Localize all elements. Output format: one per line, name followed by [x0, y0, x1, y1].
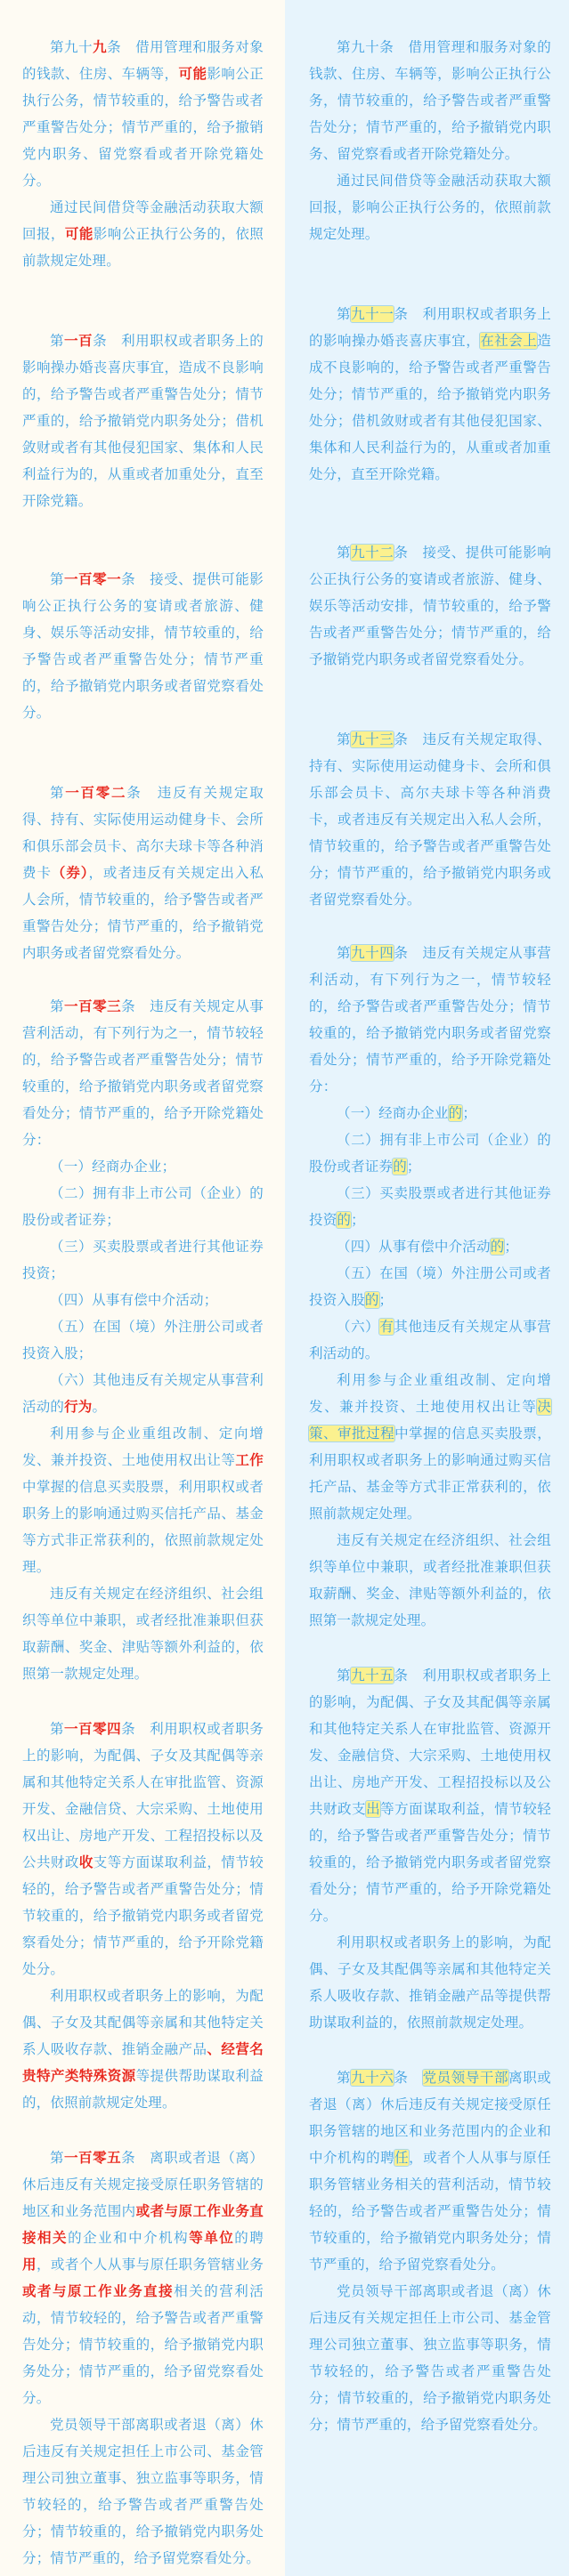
- article-91: 第九十一条 利用职权或者职务上的影响操办婚丧喜庆事宜，在社会上造成不良影响的，给…: [309, 301, 551, 488]
- changed-text-highlight: 的: [491, 1239, 505, 1255]
- body-text: 第: [337, 1668, 351, 1684]
- article-paragraph: 违反有关规定在经济组织、社会组织等单位中兼职，或者经批准兼职但获取薪酬、奖金、津…: [309, 1527, 551, 1634]
- article-paragraph: （五）在国（境）外注册公司或者投资入股；: [22, 1313, 264, 1367]
- added-text-emphasis: 一百零一: [64, 571, 121, 587]
- body-text: （四）从事有偿中介活动；: [50, 1292, 217, 1308]
- body-text: （一）经商办企业；: [50, 1159, 175, 1175]
- added-text-emphasis: 一百零四: [64, 1721, 121, 1737]
- changed-text-highlight: 的: [393, 1159, 407, 1175]
- body-text: 条 违反有关规定从事营利活动，有下列行为之一，情节较轻的，给予警告或者严重警告处…: [22, 998, 264, 1148]
- added-text-emphasis: 一百零二: [65, 785, 126, 801]
- article-paragraph: 利用职权或者职务上的影响，为配偶、子女及其配偶等亲属和其他特定关系人吸收存款、推…: [309, 1929, 551, 2036]
- body-text: 通过民间借贷等金融活动获取大额回报，影响公正执行公务的，依照前款规定处理。: [309, 173, 551, 242]
- changed-text-highlight: 的: [449, 1105, 463, 1121]
- body-text: ；: [351, 1212, 365, 1228]
- article-paragraph: 通过民间借贷等金融活动获取大额回报，可能影响公正执行公务的，依照前款规定处理。: [22, 194, 264, 274]
- changed-text-highlight: 九十二: [351, 545, 394, 561]
- body-text: 第: [337, 945, 351, 961]
- added-text-emphasis: 九: [93, 39, 107, 55]
- added-text-emphasis: 或者与原工作业务直接: [22, 2283, 174, 2299]
- changed-text-highlight: 九十一: [351, 306, 394, 322]
- article-heading-paragraph: 第一百零五条 离职或者退（离）休后违反有关规定接受原任职务管辖的地区和业务范围内…: [22, 2144, 264, 2411]
- article-heading-paragraph: 第九十四条 违反有关规定从事营利活动，有下列行为之一，情节较轻的，给予警告或者严…: [309, 940, 551, 1100]
- article-102: 第一百零二条 违反有关规定取得、持有、实际使用运动健身卡、会所和俱乐部会员卡、高…: [22, 779, 264, 966]
- body-text: 第九十: [50, 39, 93, 55]
- body-text: 党员领导干部离职或者退（离）休后违反有关规定担任上市公司、基金管理公司独立董事、…: [309, 2283, 551, 2433]
- article-93: 第九十三条 违反有关规定取得、持有、实际使用运动健身卡、会所和俱乐部会员卡、高尔…: [309, 726, 551, 913]
- body-text: 。: [93, 1399, 107, 1415]
- added-text-emphasis: 工作: [235, 1452, 264, 1468]
- article-95: 第九十五条 利用职权或者职务上的影响，为配偶、子女及其配偶等亲属和其他特定关系人…: [309, 1662, 551, 2036]
- article-92: 第九十二条 接受、提供可能影响公正执行公务的宴请或者旅游、健身、娱乐等活动安排，…: [309, 539, 551, 673]
- body-text: 第: [50, 333, 64, 349]
- body-text: ；: [504, 1239, 518, 1255]
- article-105: 第一百零五条 离职或者退（离）休后违反有关规定接受原任职务管辖的地区和业务范围内…: [22, 2144, 264, 2572]
- body-text: 违反有关规定在经济组织、社会组织等单位中兼职，或者经批准兼职但获取薪酬、奖金、津…: [309, 1532, 551, 1628]
- article-paragraph: 通过民间借贷等金融活动获取大额回报，影响公正执行公务的，依照前款规定处理。: [309, 167, 551, 247]
- body-text: 利用职权或者职务上的影响，为配偶、子女及其配偶等亲属和其他特定关系人吸收存款、推…: [309, 1934, 551, 2031]
- body-text: 影响公正执行公务，情节较重的，给予警告或者严重警告处分；情节严重的，给予撤销党内…: [22, 66, 264, 189]
- body-text: 条 接受、提供可能影响公正执行公务的宴请或者旅游、健身、娱乐等活动安排，情节较重…: [22, 571, 264, 721]
- body-text: （二）拥有非上市公司（企业）的股份或者证券: [309, 1132, 551, 1175]
- changed-text-highlight: 的: [365, 1292, 379, 1308]
- body-text: 的聘: [234, 2230, 264, 2246]
- article-paragraph: （一）经商办企业的；: [309, 1100, 551, 1126]
- article-100: 第一百条 利用职权或者职务上的影响操办婚丧喜庆事宜，造成不良影响的，给予警告或者…: [22, 327, 264, 514]
- body-text: ，或者个人从事与原任职务管辖业务相关的营利活动，情节较轻的，给予警告或者严重警告…: [309, 2150, 551, 2273]
- body-text: 条 利用职权或者职务上的影响，为配偶、子女及其配偶等亲属和其他特定关系人在审批监…: [22, 1721, 264, 1870]
- article-paragraph: （三）买卖股票或者进行其他证券投资；: [22, 1233, 264, 1287]
- body-text: 第: [337, 2070, 351, 2086]
- article-paragraph: 党员领导干部离职或者退（离）休后违反有关规定担任上市公司、基金管理公司独立董事、…: [309, 2278, 551, 2438]
- article-heading-paragraph: 第九十五条 利用职权或者职务上的影响，为配偶、子女及其配偶等亲属和其他特定关系人…: [309, 1662, 551, 1929]
- body-text: （二）拥有非上市公司（企业）的股份或者证券；: [22, 1185, 264, 1228]
- body-text: 第: [50, 571, 64, 587]
- body-text: （四）从事有偿中介活动: [337, 1239, 491, 1255]
- body-text: 条: [394, 2070, 422, 2086]
- body-text: 利用参与企业重组改制、定向增发、兼并投资、土地使用权出让等: [22, 1425, 264, 1468]
- body-text: 第: [50, 1721, 64, 1737]
- changed-text-highlight: 党员领导干部: [423, 2070, 509, 2086]
- article-heading-paragraph: 第九十二条 接受、提供可能影响公正执行公务的宴请或者旅游、健身、娱乐等活动安排，…: [309, 539, 551, 673]
- changed-text-highlight: 在社会上: [480, 333, 537, 349]
- article-heading-paragraph: 第一百条 利用职权或者职务上的影响操办婚丧喜庆事宜，造成不良影响的，给予警告或者…: [22, 327, 264, 514]
- article-paragraph: （一）经商办企业；: [22, 1153, 264, 1180]
- body-text: 造成不良影响的，给予警告或者严重警告处分；情节严重的，给予撤销党内职务处分；借机…: [309, 333, 551, 482]
- body-text: 第: [337, 731, 351, 747]
- body-text: 第: [337, 545, 351, 561]
- body-text: ；: [407, 1159, 421, 1175]
- article-paragraph: 利用参与企业重组改制、定向增发、兼并投资、土地使用权出让等工作中掌握的信息买卖股…: [22, 1420, 264, 1580]
- body-text: 第九十条 借用管理和服务对象的钱款、住房、车辆等，影响公正执行公务，情节较重的，…: [309, 39, 551, 162]
- changed-text-highlight: 九十三: [351, 731, 394, 747]
- body-text: 第: [50, 785, 65, 801]
- changed-text-highlight: 九十四: [351, 945, 394, 961]
- article-103: 第一百零三条 违反有关规定从事营利活动，有下列行为之一，情节较轻的，给予警告或者…: [22, 993, 264, 1687]
- old-version-column: 第九十条 借用管理和服务对象的钱款、住房、车辆等，影响公正执行公务，情节较重的，…: [285, 0, 569, 2576]
- added-text-emphasis: 行为: [64, 1399, 92, 1415]
- added-text-emphasis: 等单位: [189, 2230, 234, 2246]
- body-text: ，或者个人从事与原任职务管辖业务: [37, 2257, 264, 2273]
- article-paragraph: （四）从事有偿中介活动的；: [309, 1233, 551, 1260]
- added-text-emphasis: 一百零五: [64, 2150, 121, 2166]
- body-text: （五）在国（境）外注册公司或者投资入股: [309, 1265, 551, 1308]
- changed-text-highlight: 出: [366, 1801, 380, 1817]
- article-90: 第九十条 借用管理和服务对象的钱款、住房、车辆等，影响公正执行公务，情节较重的，…: [309, 34, 551, 247]
- body-text: 条 利用职权或者职务上的影响操办婚丧喜庆事宜，造成不良影响的，给予警告或者严重警…: [22, 333, 264, 509]
- article-paragraph: 违反有关规定在经济组织、社会组织等单位中兼职，或者经批准兼职但获取薪酬、奖金、津…: [22, 1580, 264, 1687]
- body-text: 等方面谋取利益，情节较轻的，给予警告或者严重警告处分；情节较重的，给予撤销党内职…: [309, 1801, 551, 1924]
- body-text: 第: [50, 2150, 64, 2166]
- article-heading-paragraph: 第一百零四条 利用职权或者职务上的影响，为配偶、子女及其配偶等亲属和其他特定关系…: [22, 1716, 264, 1982]
- body-text: 条 违反有关规定从事营利活动，有下列行为之一，情节较轻的，给予警告或者严重警告处…: [309, 945, 551, 1094]
- new-version-column: 第九十九条 借用管理和服务对象的钱款、住房、车辆等，可能影响公正执行公务，情节较…: [0, 0, 285, 2576]
- article-paragraph: （二）拥有非上市公司（企业）的股份或者证券；: [22, 1180, 264, 1233]
- body-text: 第: [337, 306, 351, 322]
- article-paragraph: 利用职权或者职务上的影响，为配偶、子女及其配偶等亲属和其他特定关系人吸收存款、推…: [22, 1982, 264, 2116]
- article-99: 第九十九条 借用管理和服务对象的钱款、住房、车辆等，可能影响公正执行公务，情节较…: [22, 34, 264, 274]
- article-paragraph: （五）在国（境）外注册公司或者投资入股的；: [309, 1260, 551, 1313]
- body-text: 党员领导干部离职或者退（离）休后违反有关规定担任上市公司、基金管理公司独立董事、…: [22, 2417, 264, 2566]
- body-text: 利用参与企业重组改制、定向增发、兼并投资、土地使用权出让等: [309, 1372, 551, 1415]
- article-paragraph: （四）从事有偿中介活动；: [22, 1287, 264, 1313]
- body-text: 违反有关规定在经济组织、社会组织等单位中兼职，或者经批准兼职但获取薪酬、奖金、津…: [22, 1586, 264, 1682]
- article-paragraph: 利用参与企业重组改制、定向增发、兼并投资、土地使用权出让等决策、审批过程中掌握的…: [309, 1367, 551, 1527]
- added-text-emphasis: （券）: [52, 865, 89, 881]
- article-paragraph: （三）买卖股票或者进行其他证券投资的；: [309, 1180, 551, 1233]
- changed-text-highlight: 有: [379, 1319, 394, 1335]
- body-text: 条 利用职权或者职务上的影响，为配偶、子女及其配偶等亲属和其他特定关系人在审批监…: [309, 1668, 551, 1817]
- body-text: ；: [462, 1105, 476, 1121]
- article-heading-paragraph: 第九十三条 违反有关规定取得、持有、实际使用运动健身卡、会所和俱乐部会员卡、高尔…: [309, 726, 551, 913]
- body-text: 相关的营利活动，情节较轻的，给予警告或者严重警告处分；情节较重的，给予撤销党内职…: [22, 2283, 264, 2406]
- added-text-emphasis: 一百零三: [64, 998, 121, 1014]
- article-94: 第九十四条 违反有关规定从事营利活动，有下列行为之一，情节较轻的，给予警告或者严…: [309, 940, 551, 1634]
- added-text-emphasis: 收: [79, 1854, 93, 1870]
- body-text: 第: [50, 998, 64, 1014]
- added-text-emphasis: 一百: [64, 333, 93, 349]
- added-text-emphasis: 可能: [65, 226, 93, 242]
- comparison-page: 第九十九条 借用管理和服务对象的钱款、住房、车辆等，可能影响公正执行公务，情节较…: [0, 0, 569, 2576]
- article-paragraph: 党员领导干部离职或者退（离）休后违反有关规定担任上市公司、基金管理公司独立董事、…: [22, 2411, 264, 2572]
- changed-text-highlight: 九十六: [351, 2070, 394, 2086]
- body-text: ；: [379, 1292, 394, 1308]
- body-text: （三）买卖股票或者进行其他证券投资；: [22, 1239, 264, 1281]
- article-paragraph: （六）其他违反有关规定从事营利活动的行为。: [22, 1367, 264, 1420]
- body-text: （六）其他违反有关规定从事营利活动的: [22, 1372, 264, 1415]
- article-104: 第一百零四条 利用职权或者职务上的影响，为配偶、子女及其配偶等亲属和其他特定关系…: [22, 1716, 264, 2116]
- article-heading-paragraph: 第九十条 借用管理和服务对象的钱款、住房、车辆等，影响公正执行公务，情节较重的，…: [309, 34, 551, 167]
- body-text: 中掌握的信息买卖股票，利用职权或者职务上的影响通过购买信托产品、基金等方式非正常…: [22, 1479, 264, 1575]
- article-heading-paragraph: 第一百零二条 违反有关规定取得、持有、实际使用运动健身卡、会所和俱乐部会员卡、高…: [22, 779, 264, 966]
- changed-text-highlight: 九十五: [351, 1668, 394, 1684]
- body-text: （一）经商办企业: [337, 1105, 449, 1121]
- added-text-emphasis: 可能: [179, 66, 207, 82]
- body-text: 的企业和中介机构: [68, 2230, 189, 2246]
- article-paragraph: （六）有其他违反有关规定从事营利活动的。: [309, 1313, 551, 1367]
- article-heading-paragraph: 第九十一条 利用职权或者职务上的影响操办婚丧喜庆事宜，在社会上造成不良影响的，给…: [309, 301, 551, 488]
- article-heading-paragraph: 第一百零三条 违反有关规定从事营利活动，有下列行为之一，情节较轻的，给予警告或者…: [22, 993, 264, 1153]
- body-text: （五）在国（境）外注册公司或者投资入股；: [22, 1319, 264, 1361]
- changed-text-highlight: 任: [394, 2150, 409, 2166]
- changed-text-highlight: 的: [337, 1212, 351, 1228]
- article-96: 第九十六条 党员领导干部离职或者退（离）休后违反有关规定接受原任职务管辖的地区和…: [309, 2064, 551, 2438]
- body-text: 支等方面谋取利益，情节较轻的，给予警告或者严重警告处分；情节较重的，给予撤销党内…: [22, 1854, 264, 1977]
- article-heading-paragraph: 第九十九条 借用管理和服务对象的钱款、住房、车辆等，可能影响公正执行公务，情节较…: [22, 34, 264, 194]
- article-heading-paragraph: 第一百零一条 接受、提供可能影响公正执行公务的宴请或者旅游、健身、娱乐等活动安排…: [22, 566, 264, 726]
- article-paragraph: （二）拥有非上市公司（企业）的股份或者证券的；: [309, 1126, 551, 1180]
- body-text: 条 违反有关规定取得、持有、实际使用运动健身卡、会所和俱乐部会员卡、高尔夫球卡等…: [309, 731, 551, 908]
- body-text: 条 接受、提供可能影响公正执行公务的宴请或者旅游、健身、娱乐等活动安排，情节较重…: [309, 545, 551, 667]
- article-heading-paragraph: 第九十六条 党员领导干部离职或者退（离）休后违反有关规定接受原任职务管辖的地区和…: [309, 2064, 551, 2278]
- added-text-emphasis: 用: [22, 2257, 37, 2273]
- article-101: 第一百零一条 接受、提供可能影响公正执行公务的宴请或者旅游、健身、娱乐等活动安排…: [22, 566, 264, 726]
- body-text: （六）: [337, 1319, 379, 1335]
